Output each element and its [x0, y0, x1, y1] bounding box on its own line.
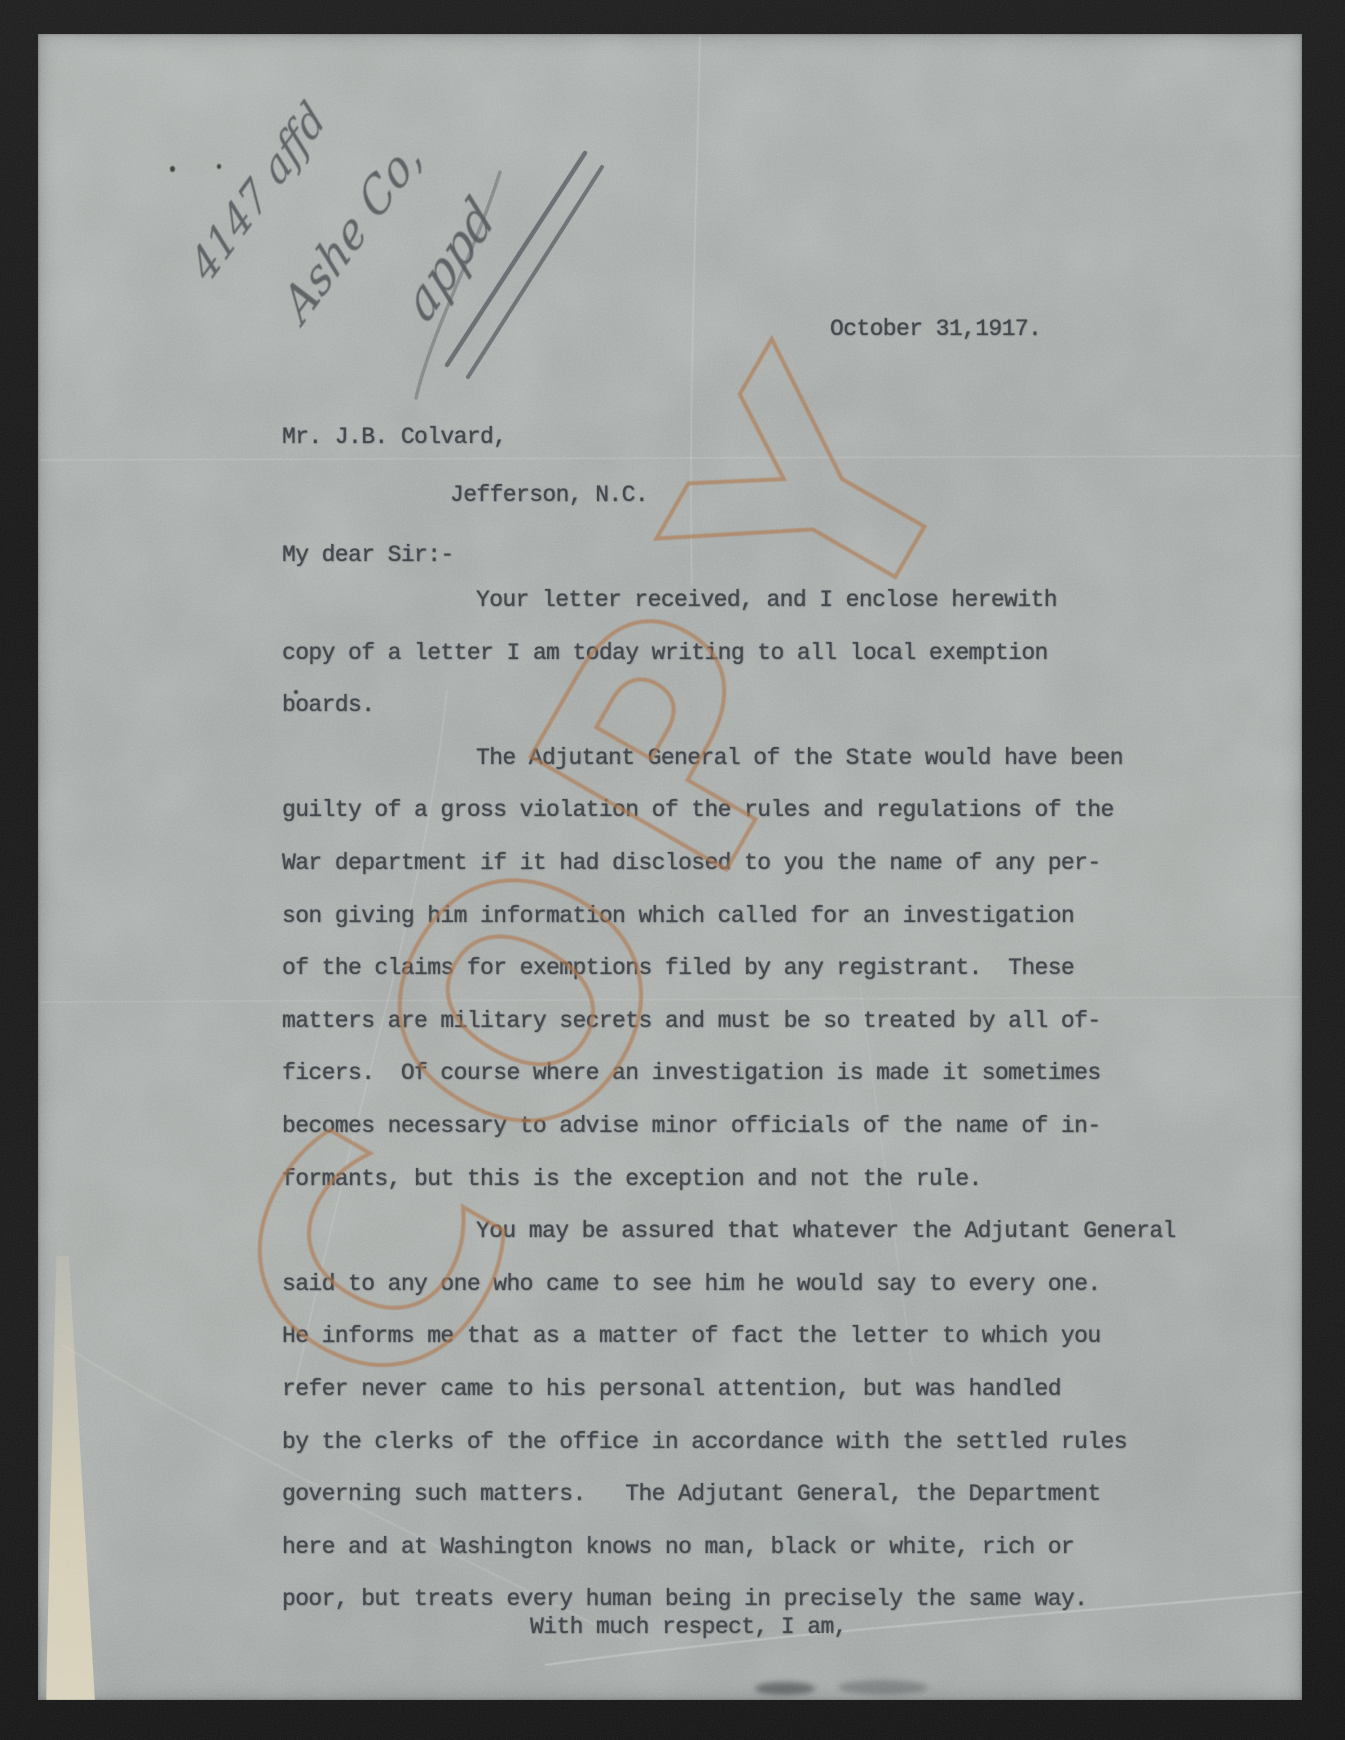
closing-line: With much respect, I am, [530, 1614, 847, 1640]
scanned-letter-photo: 4147 affd Ashe Co, appd October 31,1917.… [0, 0, 1345, 1740]
body-line: by the clerks of the office in accordanc… [282, 1429, 1127, 1455]
body-line: poor, but treats every human being in pr… [282, 1586, 1087, 1612]
body-line: boards. [282, 692, 374, 718]
salutation-line: My dear Sir:- [282, 542, 454, 568]
body-line: governing such matters. The Adjutant Gen… [282, 1481, 1101, 1507]
pin-hole-speck [217, 164, 221, 169]
bottom-cutoff-smudge [838, 1680, 928, 1695]
bottom-cutoff-smudge [755, 1682, 815, 1695]
recipient-name-line: Mr. J.B. Colvard, [282, 424, 506, 450]
pin-hole-speck [170, 166, 175, 172]
body-line: here and at Washington knows no man, bla… [282, 1534, 1074, 1560]
